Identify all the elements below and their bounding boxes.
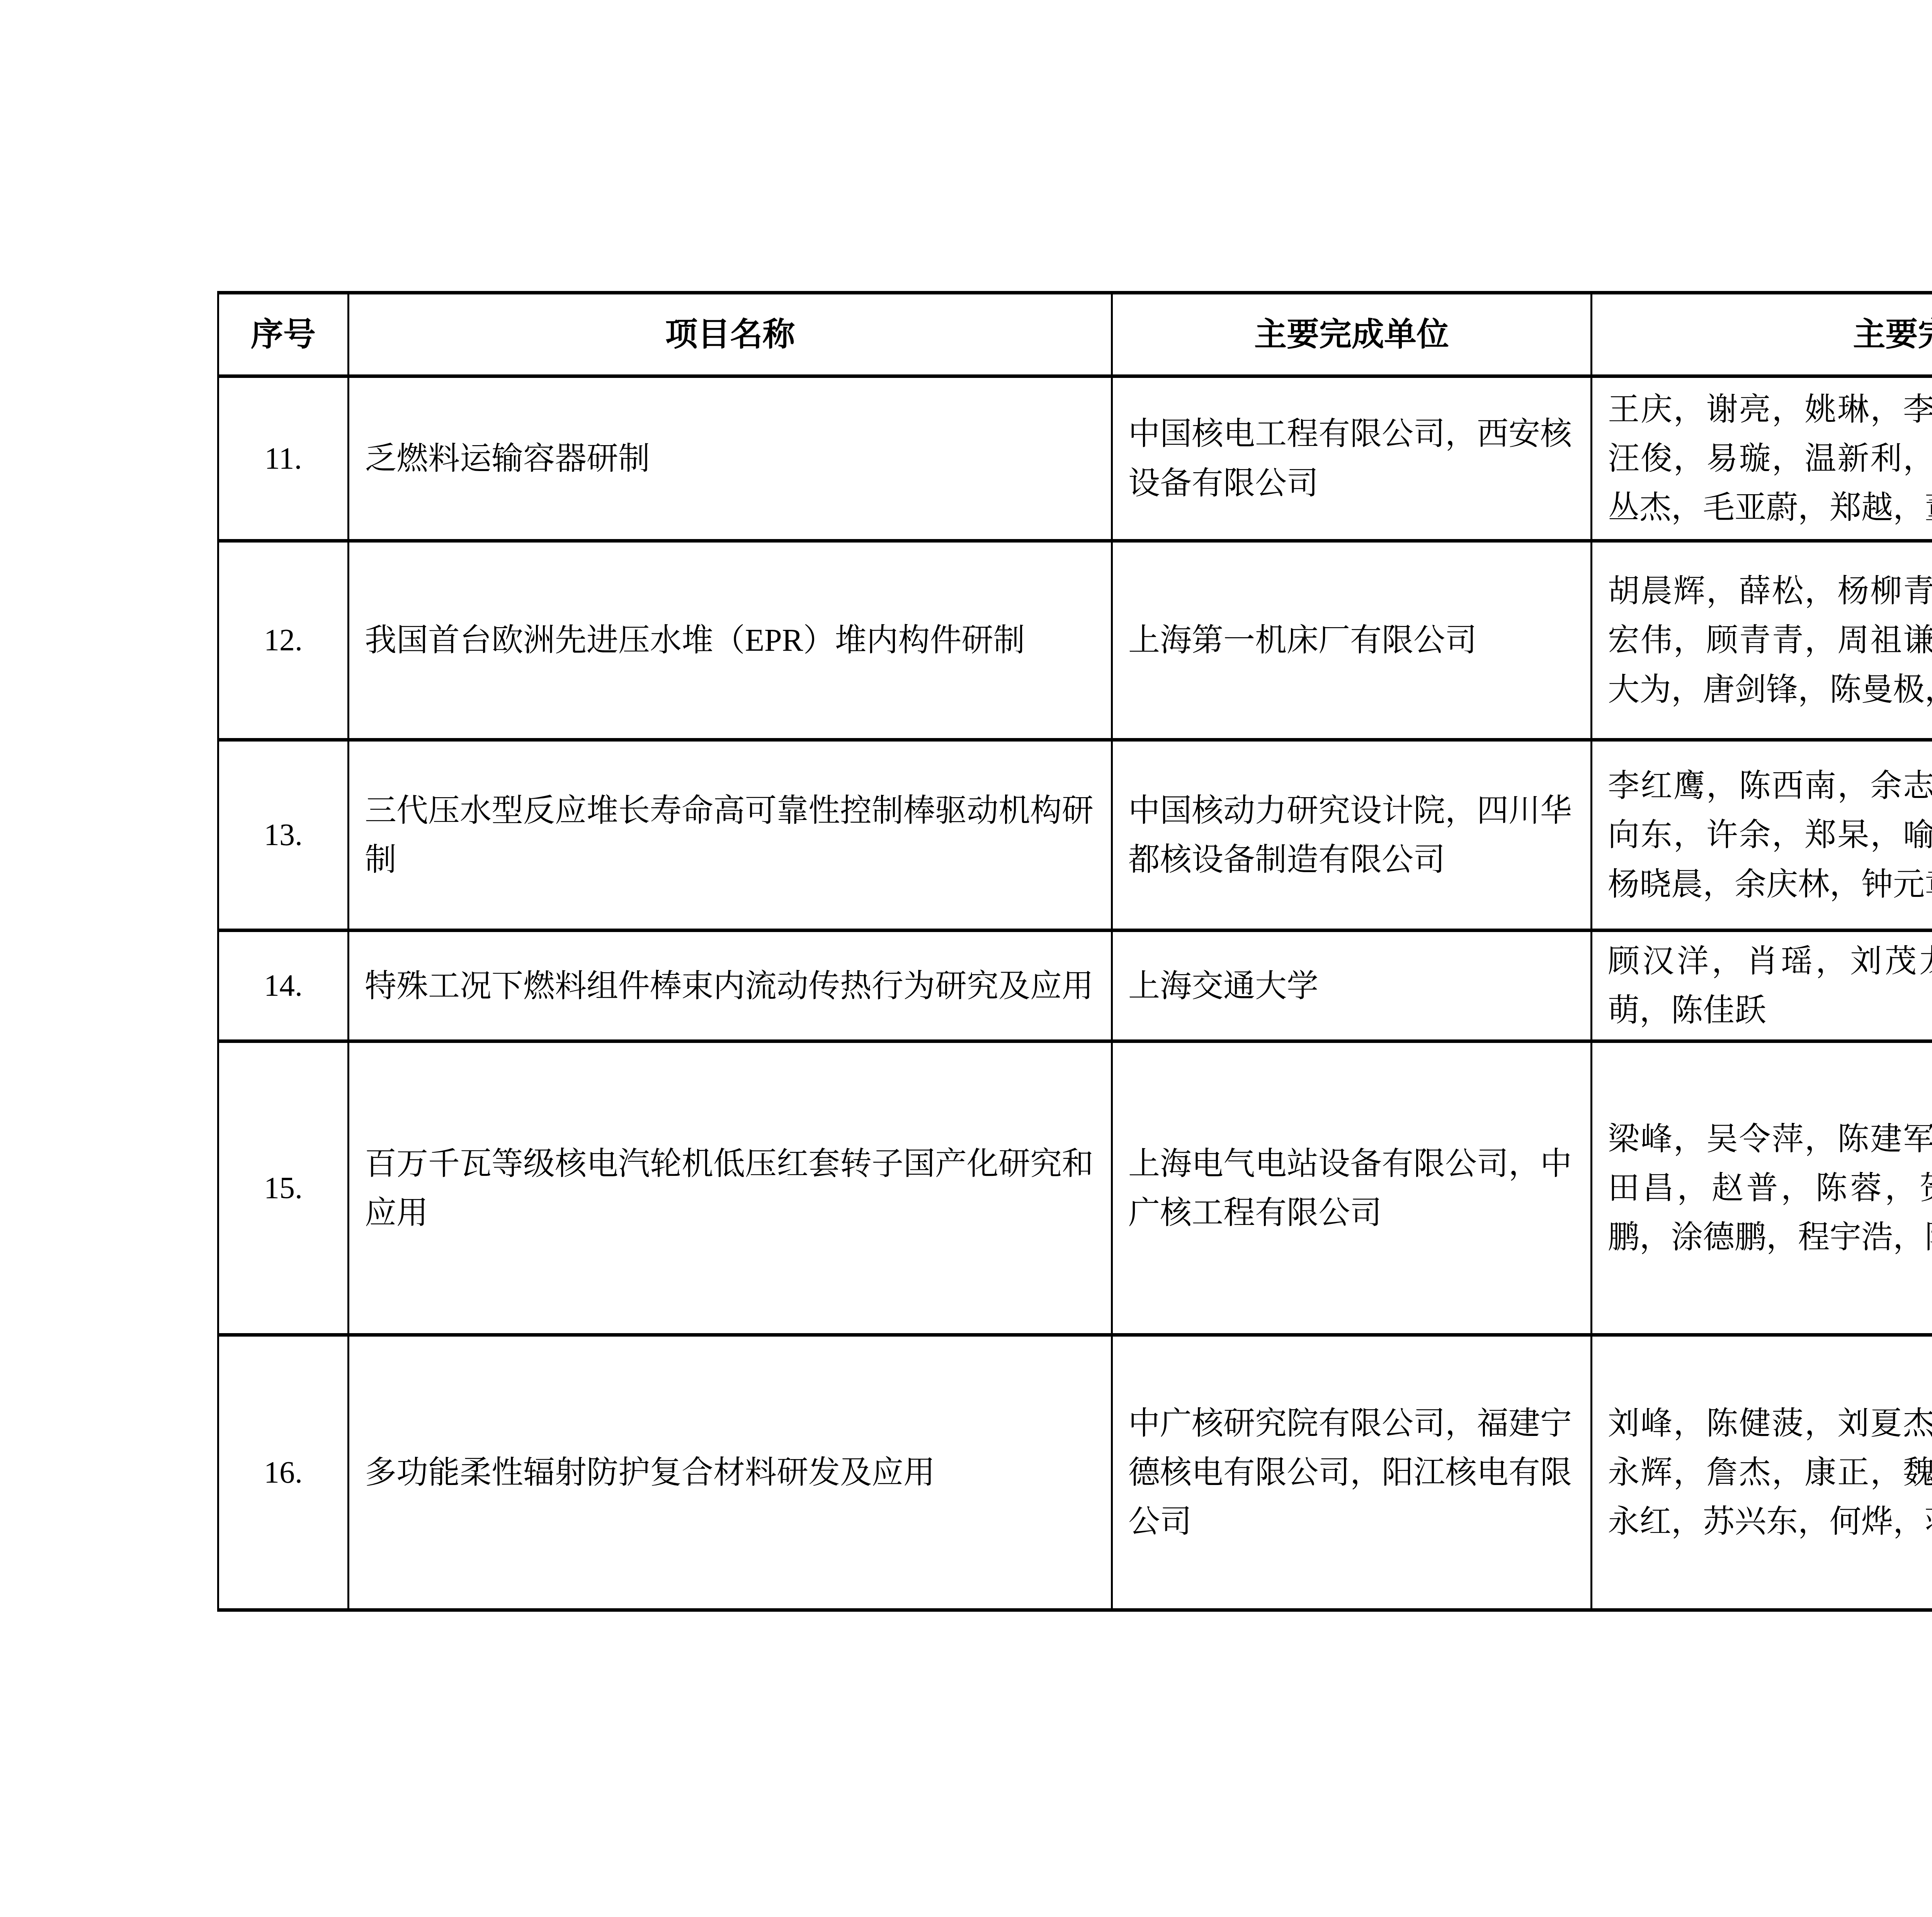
row-number: 13. xyxy=(218,740,349,930)
project-name: 乏燃料运输容器研制 xyxy=(349,376,1112,541)
project-name: 三代压水型反应堆长寿命高可靠性控制棒驱动机构研制 xyxy=(349,740,1112,930)
award-table: 序号 项目名称 主要完成单位 主要完成人 获奖等级 11. 乏燃料运输容器研制 … xyxy=(217,291,1932,1612)
table-row: 13. 三代压水型反应堆长寿命高可靠性控制棒驱动机构研制 中国核动力研究设计院，… xyxy=(218,740,1932,930)
table-row: 15. 百万千瓦等级核电汽轮机低压红套转子国产化研究和应用 上海电气电站设备有限… xyxy=(218,1041,1932,1335)
completing-units: 上海交通大学 xyxy=(1112,930,1592,1041)
table-row: 14. 特殊工况下燃料组件棒束内流动传热行为研究及应用 上海交通大学 顾汉洋，肖… xyxy=(218,930,1932,1041)
header-project: 项目名称 xyxy=(349,293,1112,376)
table-header-row: 序号 项目名称 主要完成单位 主要完成人 获奖等级 xyxy=(218,293,1932,376)
header-contributors: 主要完成人 xyxy=(1592,293,1932,376)
row-number: 14. xyxy=(218,930,349,1041)
row-number: 16. xyxy=(218,1335,349,1610)
project-name: 百万千瓦等级核电汽轮机低压红套转子国产化研究和应用 xyxy=(349,1041,1112,1335)
contributors: 顾汉洋，肖瑶，刘茂龙，胡振枭，刘达，赵萌，陈佳跃 xyxy=(1592,930,1932,1041)
completing-units: 上海第一机床厂有限公司 xyxy=(1112,541,1592,740)
row-number: 11. xyxy=(218,376,349,541)
header-units: 主要完成单位 xyxy=(1112,293,1592,376)
row-number: 15. xyxy=(218,1041,349,1335)
table-row: 11. 乏燃料运输容器研制 中国核电工程有限公司，西安核设备有限公司 王庆，谢亮… xyxy=(218,376,1932,541)
table-row: 16. 多功能柔性辐射防护复合材料研发及应用 中广核研究院有限公司，福建宁德核电… xyxy=(218,1335,1932,1610)
contributors: 刘峰，陈健菠，刘夏杰，管海洋，李玉龙，马永辉，詹杰，康正，魏磊，邹之利，林鹏，吕… xyxy=(1592,1335,1932,1610)
contributors: 李红鹰，陈西南，余志伟，于天达，杨博，唐向东，许余，郑杲，喻杰，邵雪娇，杨方亮，… xyxy=(1592,740,1932,930)
document-page: 序号 项目名称 主要完成单位 主要完成人 获奖等级 11. 乏燃料运输容器研制 … xyxy=(0,0,1932,1917)
project-name: 特殊工况下燃料组件棒束内流动传热行为研究及应用 xyxy=(349,930,1112,1041)
project-name: 多功能柔性辐射防护复合材料研发及应用 xyxy=(349,1335,1112,1610)
contributors: 梁峰，吴令萍，陈建军，侯国庆，徐晓冬，郑田昌，赵普，陈蓉，贺小忠，赵显国，丁佳鹏… xyxy=(1592,1041,1932,1335)
project-name: 我国首台欧洲先进压水堆（EPR）堆内构件研制 xyxy=(349,541,1112,740)
header-no: 序号 xyxy=(218,293,349,376)
contributors: 胡晨辉，薛松，杨柳青，黄建强，何雅杰，龚宏伟，顾青青，周祖谦，陈小荣，郭宝超，米… xyxy=(1592,541,1932,740)
completing-units: 上海电气电站设备有限公司，中广核工程有限公司 xyxy=(1112,1041,1592,1335)
contributors: 王庆，谢亮，姚琳，李晓明，盛锋，王炳衡，汪俊，易璇，温新利，欧阳立华，刘立平，王… xyxy=(1592,376,1932,541)
completing-units: 中国核动力研究设计院，四川华都核设备制造有限公司 xyxy=(1112,740,1592,930)
completing-units: 中广核研究院有限公司，福建宁德核电有限公司，阳江核电有限公司 xyxy=(1112,1335,1592,1610)
completing-units: 中国核电工程有限公司，西安核设备有限公司 xyxy=(1112,376,1592,541)
row-number: 12. xyxy=(218,541,349,740)
table-row: 12. 我国首台欧洲先进压水堆（EPR）堆内构件研制 上海第一机床厂有限公司 胡… xyxy=(218,541,1932,740)
